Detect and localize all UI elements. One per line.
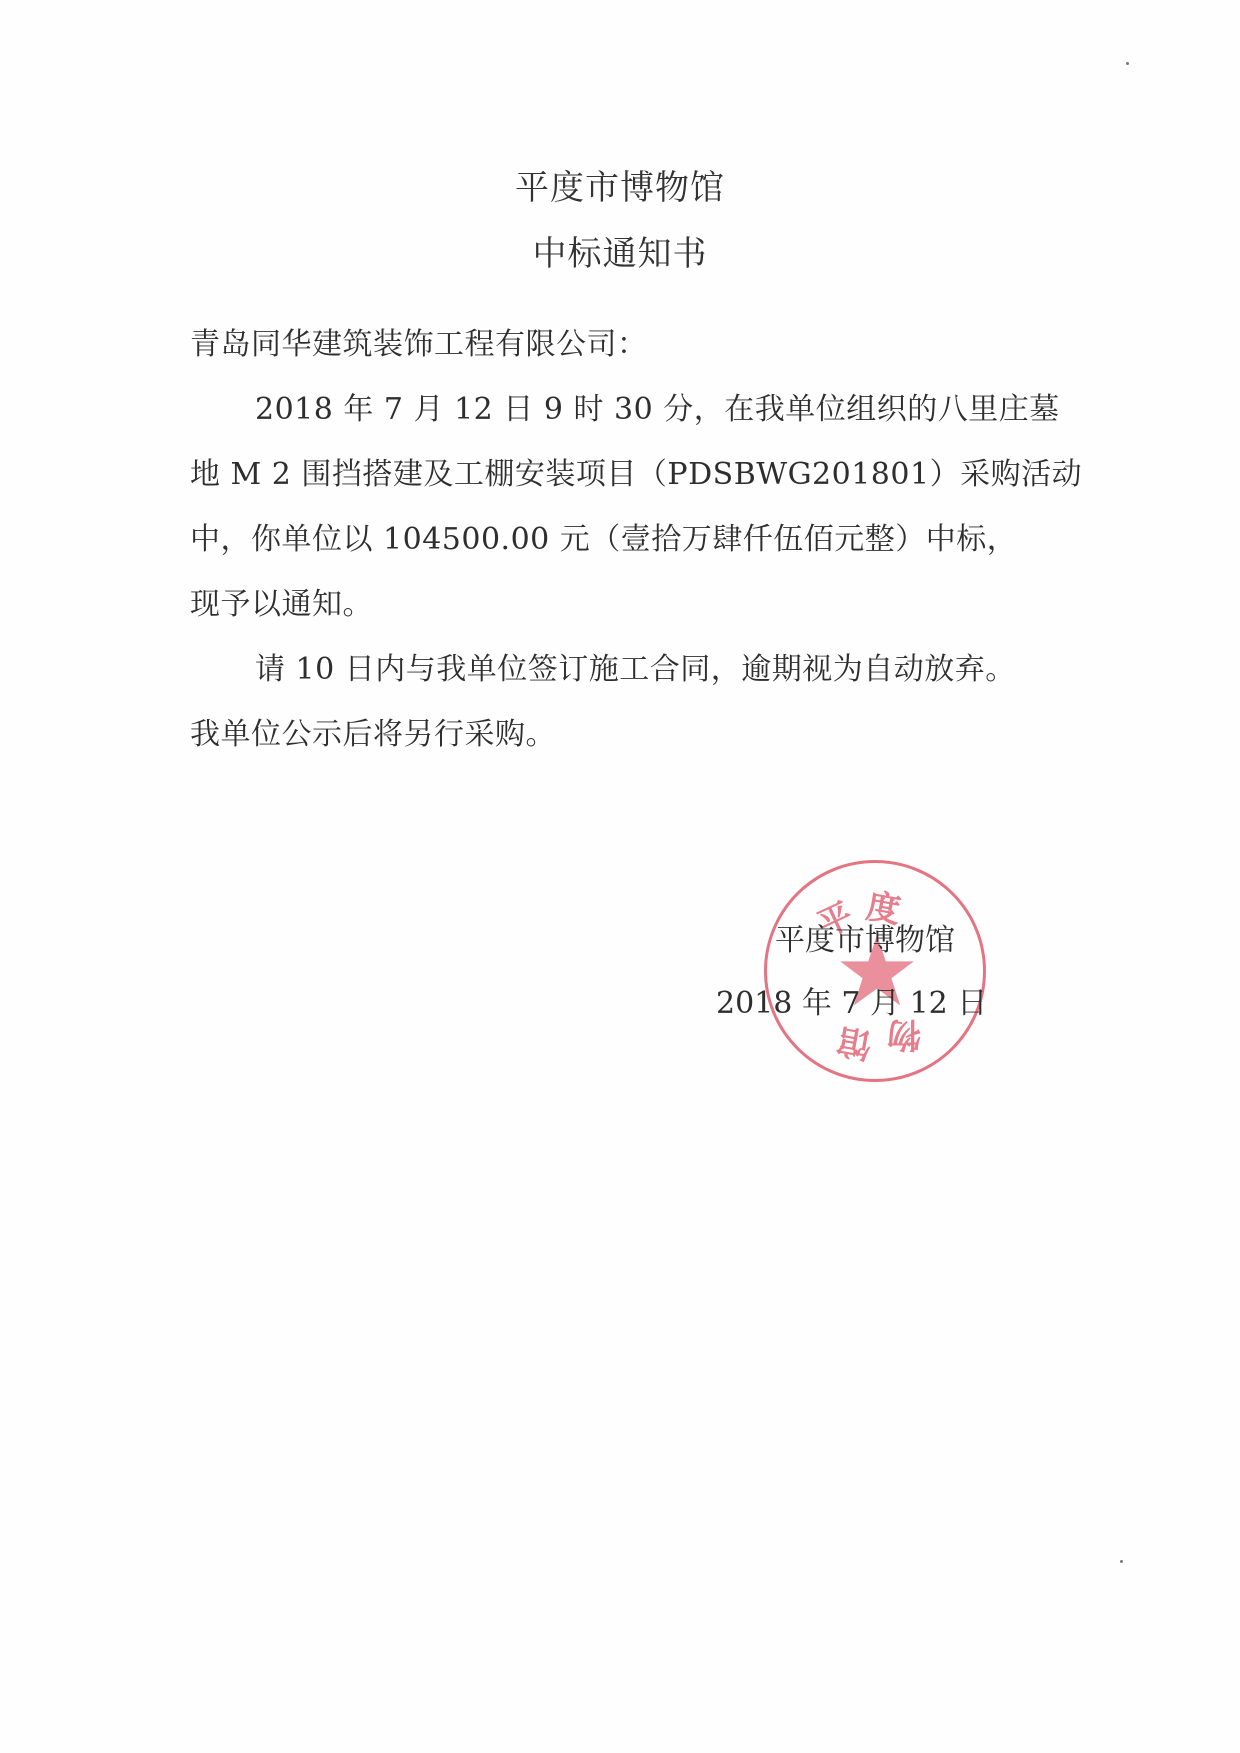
body-line-6: 我单位公示后将另行采购。 xyxy=(190,715,556,755)
scan-speck xyxy=(1126,62,1129,65)
notice-page: 平度市博物馆 中标通知书 青岛同华建筑装饰工程有限公司： 2018 年 7 月 … xyxy=(0,0,1240,1753)
signature-date: 2018 年 7 月 12 日 xyxy=(716,978,987,1022)
signature-organization: 平度市博物馆 xyxy=(775,915,955,959)
body-line-5: 请 10 日内与我单位签订施工合同，逾期视为自动放弃。 xyxy=(255,650,1016,690)
body-line-2: 地 M 2 围挡搭建及工棚安装项目（PDSBWG201801）采购活动 xyxy=(190,455,1082,495)
official-seal-stamp: 平 度 物 馆 xyxy=(764,860,986,1082)
scan-speck xyxy=(1120,1560,1123,1563)
addressee: 青岛同华建筑装饰工程有限公司： xyxy=(190,325,648,365)
body-line-1: 2018 年 7 月 12 日 9 时 30 分，在我单位组织的八里庄墓 xyxy=(255,390,1060,430)
body-line-3: 中，你单位以 104500.00 元（壹拾万肆仟伍佰元整）中标， xyxy=(190,520,1017,560)
issuer-heading: 平度市博物馆 xyxy=(0,160,1240,209)
document-title: 中标通知书 xyxy=(0,226,1240,275)
body-line-4: 现予以通知。 xyxy=(190,585,373,625)
stamp-char-4: 馆 xyxy=(833,1018,875,1072)
